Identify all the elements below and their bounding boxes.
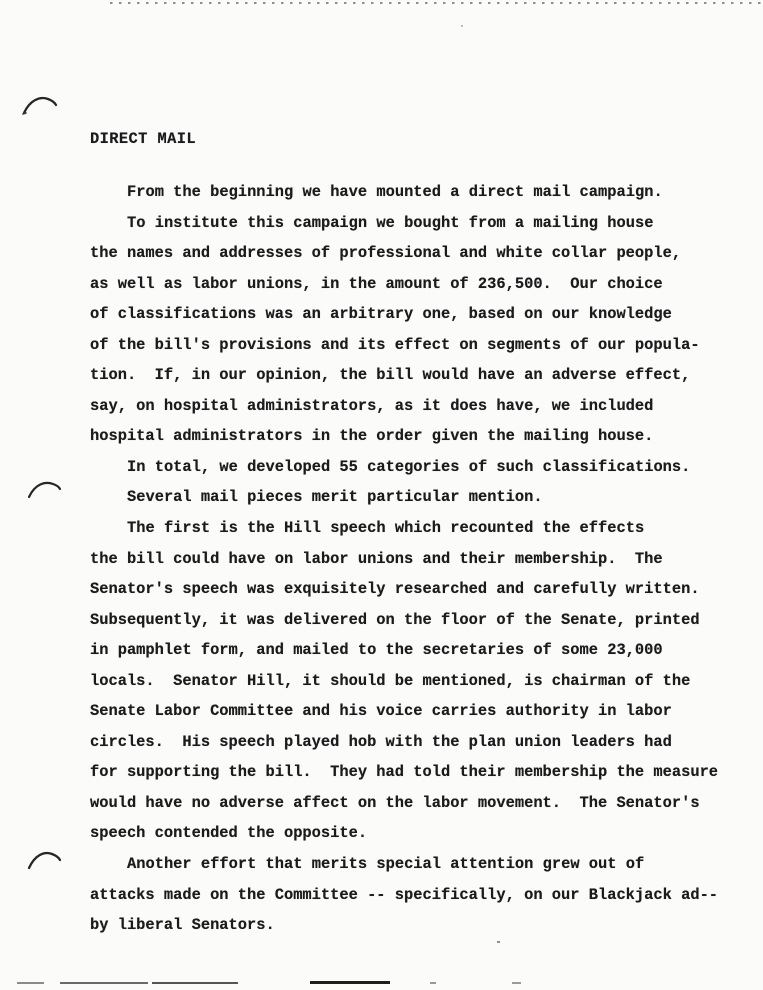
document-lines: From the beginning we have mounted a dir… — [90, 177, 750, 941]
scan-speck — [497, 941, 500, 943]
text-line: In total, we developed 55 categories of … — [90, 452, 750, 483]
scan-artifact-dash — [60, 982, 148, 984]
text-line: Subsequently, it was delivered on the fl… — [90, 605, 750, 636]
margin-pen-mark — [26, 848, 64, 872]
text-line: for supporting the bill. They had told t… — [90, 757, 750, 788]
text-line: From the beginning we have mounted a dir… — [90, 177, 750, 208]
text-line: as well as labor unions, in the amount o… — [90, 269, 750, 300]
text-line: To institute this campaign we bought fro… — [90, 208, 750, 239]
text-line: locals. Senator Hill, it should be menti… — [90, 666, 750, 697]
text-line: say, on hospital administrators, as it d… — [90, 391, 750, 422]
text-line: the names and addresses of professional … — [90, 238, 750, 269]
text-line: by liberal Senators. — [90, 910, 750, 941]
text-line: Several mail pieces merit particular men… — [90, 482, 750, 513]
text-line: hospital administrators in the order giv… — [90, 421, 750, 452]
text-line: of the bill's provisions and its effect … — [90, 330, 750, 361]
scan-artifact-dash — [152, 982, 238, 984]
scan-speck — [461, 25, 463, 27]
text-line: in pamphlet form, and mailed to the secr… — [90, 635, 750, 666]
scan-artifact-dash — [17, 982, 44, 984]
scan-edge-dotted-line — [110, 2, 763, 4]
text-line: Another effort that merits special atten… — [90, 849, 750, 880]
document-title: DIRECT MAIL — [90, 130, 196, 148]
text-line: the bill could have on labor unions and … — [90, 544, 750, 575]
text-line: speech contended the opposite. — [90, 818, 750, 849]
scan-artifact-dash — [430, 982, 436, 984]
margin-pen-mark — [26, 478, 64, 502]
document-page: DIRECT MAIL From the beginning we have m… — [0, 0, 763, 990]
text-line: The first is the Hill speech which recou… — [90, 513, 750, 544]
text-line: Senator's speech was exquisitely researc… — [90, 574, 750, 605]
text-line: Senate Labor Committee and his voice car… — [90, 696, 750, 727]
margin-pen-mark — [21, 93, 59, 117]
text-line: attacks made on the Committee -- specifi… — [90, 880, 750, 911]
text-line: tion. If, in our opinion, the bill would… — [90, 360, 750, 391]
text-line: would have no adverse affect on the labo… — [90, 788, 750, 819]
scan-artifact-dash — [310, 981, 390, 984]
scan-artifact-dash — [512, 982, 521, 984]
text-line: of classifications was an arbitrary one,… — [90, 299, 750, 330]
text-line: circles. His speech played hob with the … — [90, 727, 750, 758]
